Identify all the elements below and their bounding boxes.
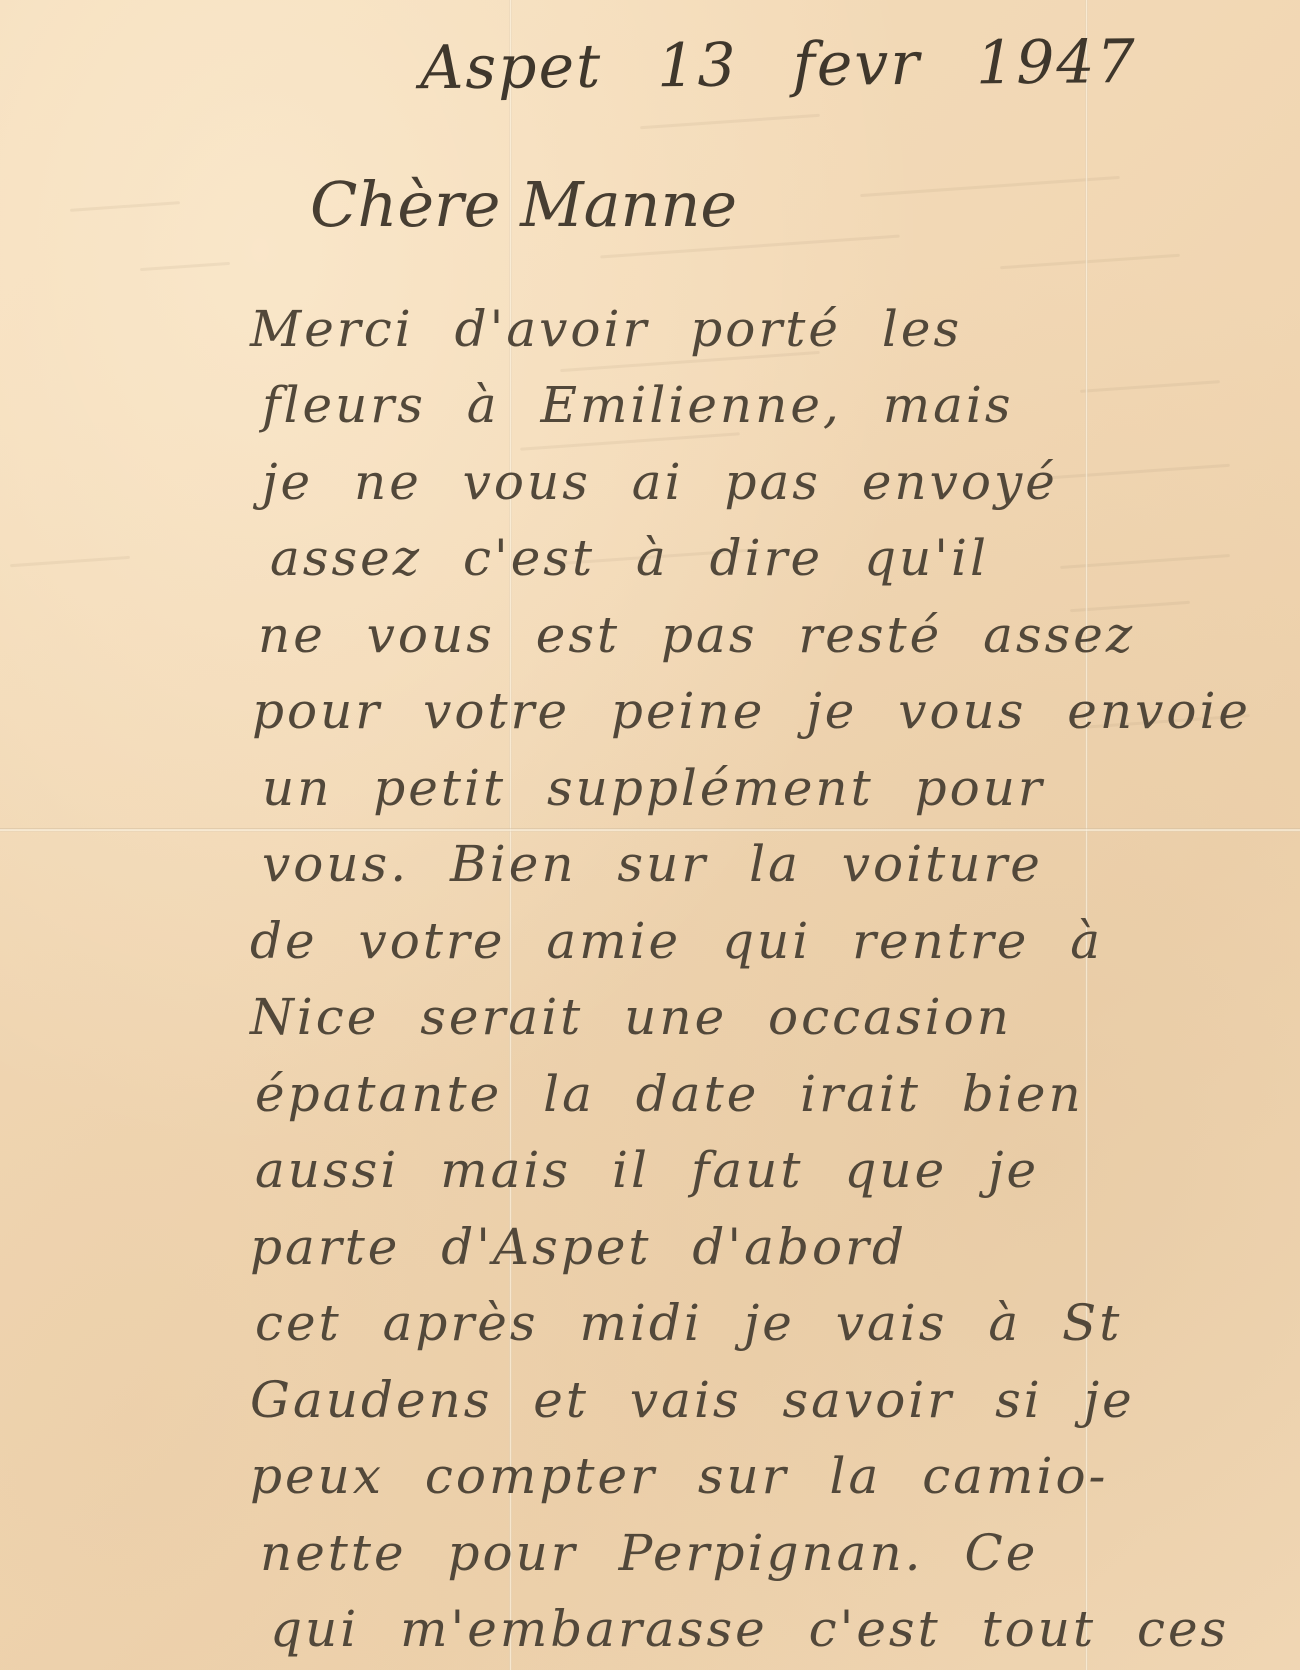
body-line: Merci d'avoir porté les (250, 300, 962, 358)
letter-dateline: Aspet 13 fevr 1947 (420, 27, 1171, 104)
body-line: parte d'Aspet d'abord (250, 1218, 907, 1276)
body-line: ne vous est pas resté assez (258, 606, 1135, 664)
dateline-month: fevr (792, 29, 921, 100)
letter-page: Aspet 13 fevr 1947 Chère Manne Merci d'a… (0, 0, 1300, 1670)
body-line: un petit supplément pour (262, 759, 1045, 817)
dateline-year: 1947 (976, 27, 1137, 98)
dateline-day: 13 (657, 31, 738, 102)
body-line: épatante la date irait bien (255, 1065, 1084, 1123)
letter-content: Aspet 13 fevr 1947 Chère Manne Merci d'a… (0, 0, 1300, 1670)
dateline-place: Aspet (420, 32, 603, 104)
body-line: Gaudens et vais savoir si je (250, 1371, 1135, 1429)
body-line: de votre amie qui rentre à (250, 912, 1103, 970)
body-line: Nice serait une occasion (250, 988, 1012, 1046)
body-line: fleurs à Emilienne, mais (262, 376, 1014, 434)
body-line: je ne vous ai pas envoyé (262, 453, 1058, 511)
body-line: qui m'embarasse c'est tout ces (270, 1600, 1229, 1658)
body-line: nette pour Perpignan. Ce (260, 1524, 1038, 1582)
body-line: peux compter sur la camio- (250, 1447, 1108, 1505)
body-line: vous. Bien sur la voiture (262, 835, 1043, 893)
body-line: assez c'est à dire qu'il (270, 529, 989, 587)
salutation: Chère Manne (310, 168, 737, 241)
body-line: aussi mais il faut que je (255, 1141, 1039, 1199)
body-line: pour votre peine je vous envoie (252, 682, 1251, 740)
body-line: cet après midi je vais à St (255, 1294, 1122, 1352)
